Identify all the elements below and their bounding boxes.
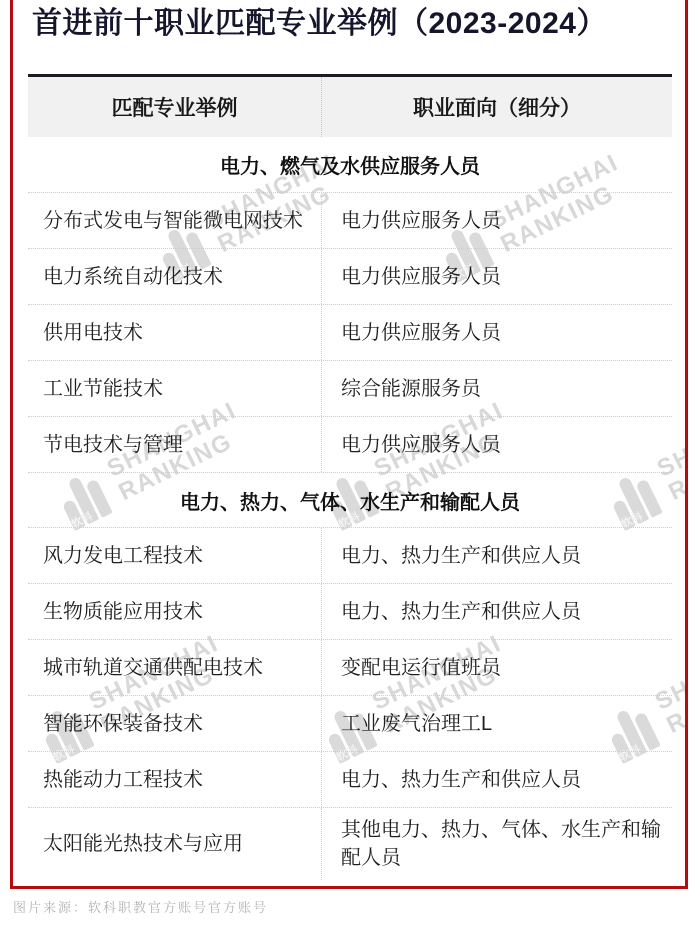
table-row: 城市轨道交通供配电技术变配电运行值班员	[28, 639, 672, 695]
major-cell: 太阳能光热技术与应用	[28, 808, 321, 880]
table-row: 太阳能光热技术与应用其他电力、热力、气体、水生产和输配人员	[28, 807, 672, 880]
table-row: 智能环保装备技术工业废气治理工L	[28, 695, 672, 751]
major-cell: 热能动力工程技术	[28, 752, 321, 807]
occupation-cell: 电力供应服务人员	[321, 249, 672, 304]
page-title: 首进前十职业匹配专业举例（2023-2024）	[32, 0, 607, 42]
occupation-cell: 其他电力、热力、气体、水生产和输配人员	[321, 808, 672, 880]
table-row: 工业节能技术综合能源服务员	[28, 360, 672, 416]
column-header-occupation: 职业面向（细分）	[321, 77, 672, 137]
section-header: 电力、燃气及水供应服务人员	[28, 137, 672, 192]
table-row: 风力发电工程技术电力、热力生产和供应人员	[28, 527, 672, 583]
occupation-cell: 电力、热力生产和供应人员	[321, 584, 672, 639]
image-frame: 软科SHANGHAIRANKING软科SHANGHAIRANKING软科SHAN…	[10, 0, 688, 889]
major-cell: 电力系统自动化技术	[28, 249, 321, 304]
column-header-major: 匹配专业举例	[28, 77, 321, 137]
table-row: 节电技术与管理电力供应服务人员	[28, 416, 672, 472]
image-source-caption: 图片来源：软科职教官方账号官方账号	[13, 897, 268, 916]
occupation-cell: 电力供应服务人员	[321, 417, 672, 472]
occupation-cell: 电力、热力生产和供应人员	[321, 752, 672, 807]
occupation-cell: 电力供应服务人员	[321, 193, 672, 248]
section-header: 电力、热力、气体、水生产和输配人员	[28, 472, 672, 527]
page: 软科SHANGHAIRANKING软科SHANGHAIRANKING软科SHAN…	[0, 0, 700, 930]
table-row: 分布式发电与智能微电网技术电力供应服务人员	[28, 192, 672, 248]
major-cell: 智能环保装备技术	[28, 696, 321, 751]
major-cell: 分布式发电与智能微电网技术	[28, 193, 321, 248]
table-row: 热能动力工程技术电力、热力生产和供应人员	[28, 751, 672, 807]
major-cell: 工业节能技术	[28, 361, 321, 416]
major-cell: 供用电技术	[28, 305, 321, 360]
table-row: 电力系统自动化技术电力供应服务人员	[28, 248, 672, 304]
occupation-cell: 电力、热力生产和供应人员	[321, 528, 672, 583]
major-cell: 风力发电工程技术	[28, 528, 321, 583]
table-row: 供用电技术电力供应服务人员	[28, 304, 672, 360]
table-row: 生物质能应用技术电力、热力生产和供应人员	[28, 583, 672, 639]
occupation-cell: 变配电运行值班员	[321, 640, 672, 695]
major-cell: 生物质能应用技术	[28, 584, 321, 639]
major-cell: 城市轨道交通供配电技术	[28, 640, 321, 695]
occupation-cell: 工业废气治理工L	[321, 696, 672, 751]
occupation-cell: 电力供应服务人员	[321, 305, 672, 360]
major-cell: 节电技术与管理	[28, 417, 321, 472]
table-body: 电力、燃气及水供应服务人员分布式发电与智能微电网技术电力供应服务人员电力系统自动…	[28, 137, 672, 880]
table-header-row: 匹配专业举例 职业面向（细分）	[28, 77, 672, 137]
occupation-cell: 综合能源服务员	[321, 361, 672, 416]
match-table: 匹配专业举例 职业面向（细分） 电力、燃气及水供应服务人员分布式发电与智能微电网…	[28, 74, 672, 880]
